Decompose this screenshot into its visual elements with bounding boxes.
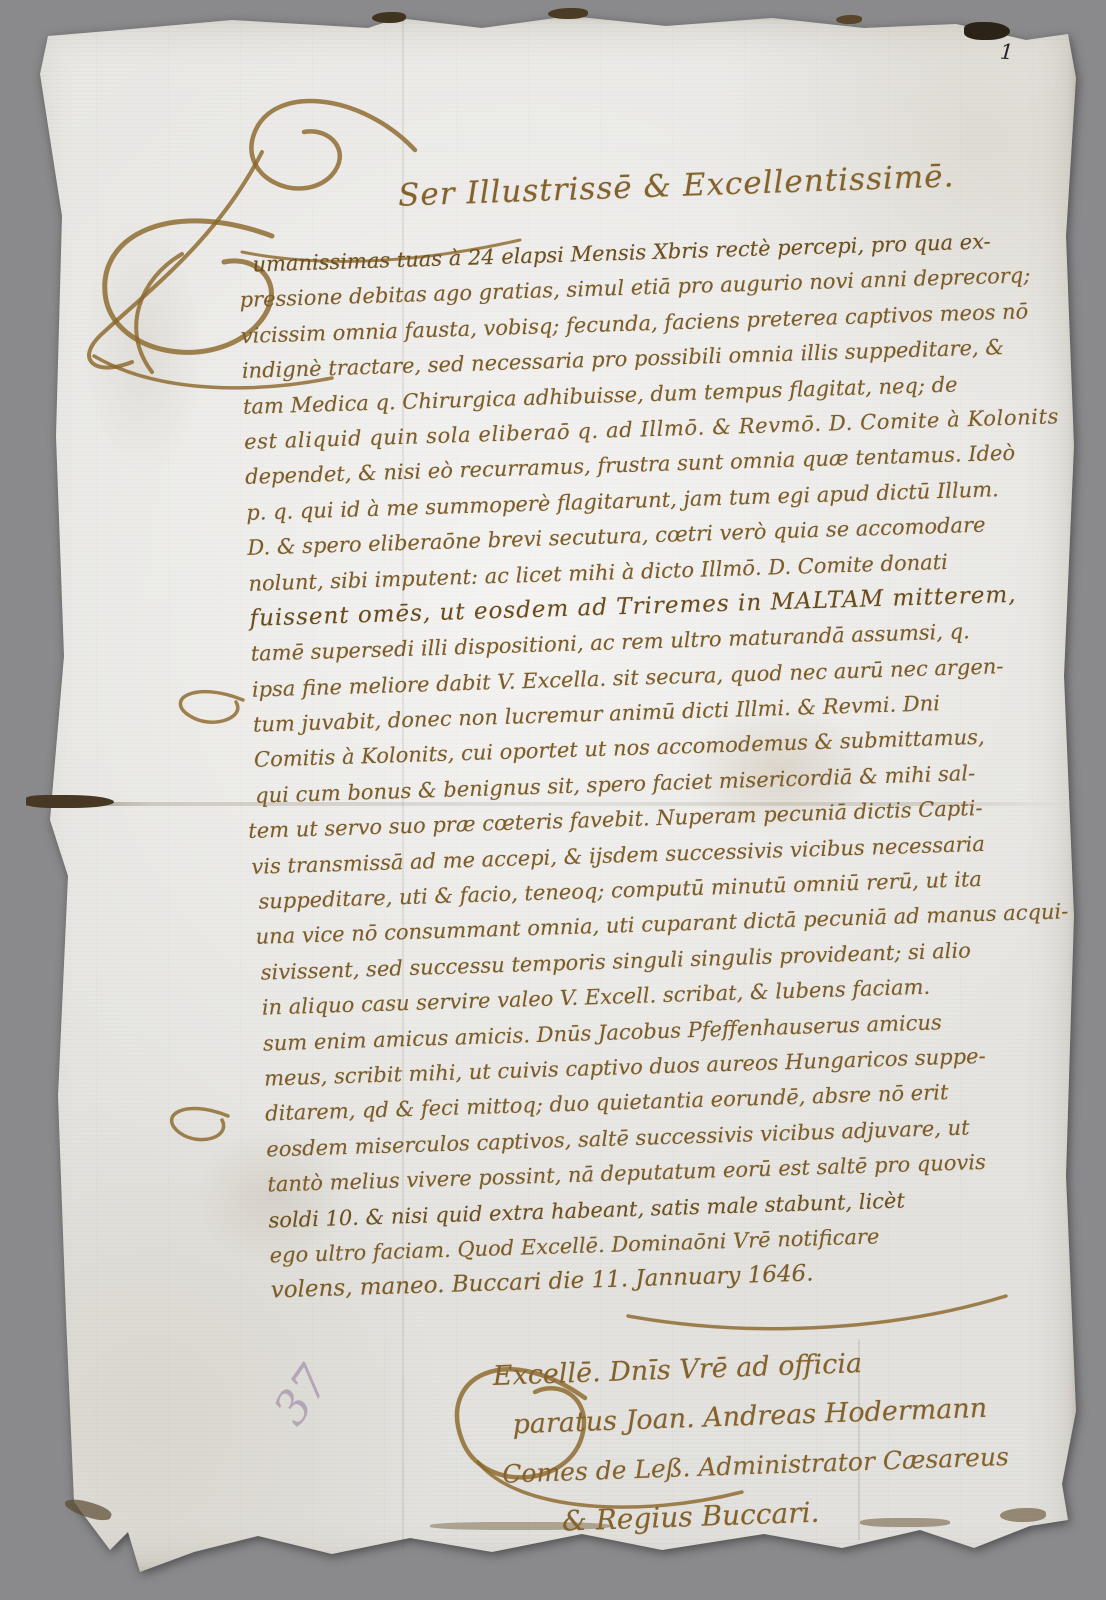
fold-tear [26,795,114,808]
signature-block: Excellē. Dnīs Vrē ad officia paratus Joa… [492,1334,1011,1548]
edge-tear [836,15,862,24]
folio-number: 1 [999,40,1014,65]
manuscript-scan: { "colors":{ "background":"#8a8a8c", "pa… [0,0,1106,1600]
edge-tear [548,8,588,19]
corner-tear [964,22,1010,40]
letter-body: umanissimas tuas à 24 elapsi Mensis Xbri… [238,222,1086,1309]
edge-discoloration [84,216,204,476]
edge-tear [372,12,406,23]
